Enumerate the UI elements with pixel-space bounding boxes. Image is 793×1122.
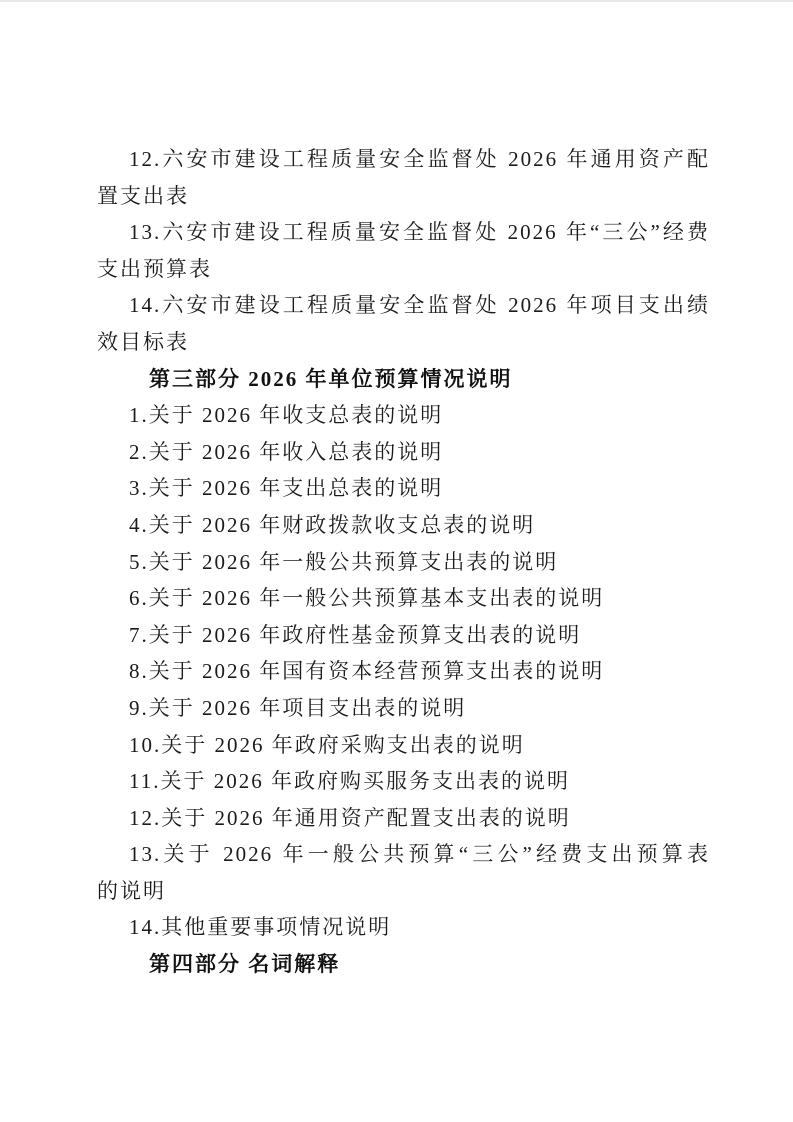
toc-line: 13.关于 2026 年一般公共预算“三公”经费支出预算表	[97, 836, 710, 873]
toc-line: 9.关于 2026 年项目支出表的说明	[97, 690, 710, 727]
document-body: 12.六安市建设工程质量安全监督处 2026 年通用资产配置支出表13.六安市建…	[97, 141, 710, 983]
toc-line: 效目标表	[97, 324, 710, 361]
toc-line: 3.关于 2026 年支出总表的说明	[97, 470, 710, 507]
toc-line: 14.六安市建设工程质量安全监督处 2026 年项目支出绩	[97, 287, 710, 324]
toc-line: 14.其他重要事项情况说明	[97, 909, 710, 946]
toc-line: 11.关于 2026 年政府购买服务支出表的说明	[97, 763, 710, 800]
page-top-edge	[0, 0, 793, 2]
toc-line: 8.关于 2026 年国有资本经营预算支出表的说明	[97, 653, 710, 690]
section-heading: 第三部分 2026 年单位预算情况说明	[97, 361, 710, 398]
section-heading: 第四部分 名词解释	[97, 946, 710, 983]
toc-line: 4.关于 2026 年财政拨款收支总表的说明	[97, 507, 710, 544]
toc-line: 1.关于 2026 年收支总表的说明	[97, 397, 710, 434]
toc-line: 置支出表	[97, 178, 710, 215]
document-page: 12.六安市建设工程质量安全监督处 2026 年通用资产配置支出表13.六安市建…	[0, 0, 793, 1122]
toc-line: 12.六安市建设工程质量安全监督处 2026 年通用资产配	[97, 141, 710, 178]
toc-line: 10.关于 2026 年政府采购支出表的说明	[97, 727, 710, 764]
toc-line: 7.关于 2026 年政府性基金预算支出表的说明	[97, 617, 710, 654]
toc-line: 5.关于 2026 年一般公共预算支出表的说明	[97, 544, 710, 581]
toc-line: 6.关于 2026 年一般公共预算基本支出表的说明	[97, 580, 710, 617]
toc-line: 13.六安市建设工程质量安全监督处 2026 年“三公”经费	[97, 214, 710, 251]
toc-line: 支出预算表	[97, 251, 710, 288]
toc-line: 的说明	[97, 873, 710, 910]
toc-line: 12.关于 2026 年通用资产配置支出表的说明	[97, 800, 710, 837]
toc-line: 2.关于 2026 年收入总表的说明	[97, 434, 710, 471]
